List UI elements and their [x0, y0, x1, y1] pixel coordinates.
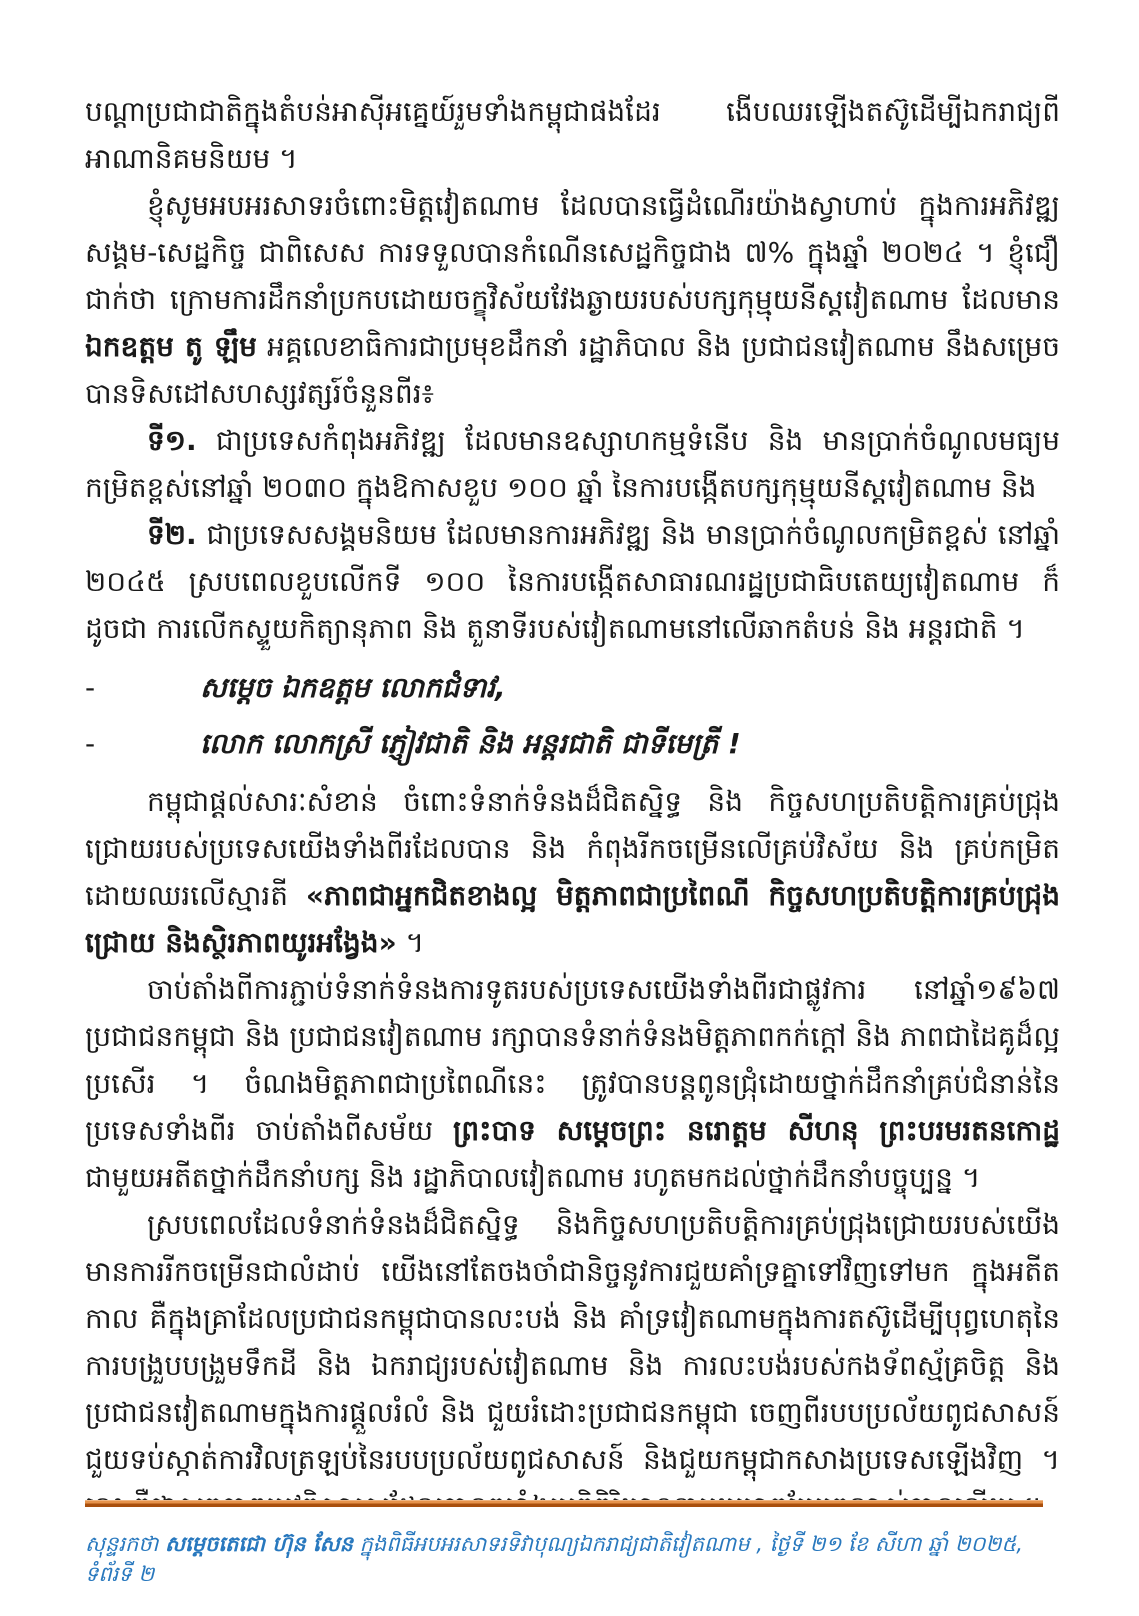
bold-run-to-lam: ឯកឧត្តម តូ ឡឹម: [85, 330, 257, 363]
list-item: - លោក លោកស្រី ភ្ញៀវជាតិ និង អន្តរជាតិ ជា…: [85, 716, 1060, 772]
paragraph-text: បណ្តាប្រជាជាតិក្នុងតំបន់អាស៊ីអគ្នេយ៍រួមទ…: [85, 95, 1060, 175]
list-item: - សម្តេច ឯកឧត្តម លោកជំទាវ,: [85, 660, 1060, 716]
paragraph-text: ។: [397, 926, 424, 959]
paragraph-text: ខ្ញុំសូមអបអរសាទរចំពោះមិត្តវៀតណាម ដែលបានធ…: [85, 189, 1060, 316]
bold-run-goal-1-label: ទី១.: [147, 424, 197, 457]
bullet-dash: -: [85, 660, 200, 716]
paragraph-opening-continuation: បណ្តាប្រជាជាតិក្នុងតំបន់អាស៊ីអគ្នេយ៍រួមទ…: [85, 88, 1060, 182]
paragraph-text: ជាប្រទេសសង្គមនិយម ដែលមានការអភិវឌ្ឍ និង ម…: [85, 518, 1060, 645]
bullet-dash: -: [85, 716, 200, 772]
paragraph-goal-2: ទី២. ជាប្រទេសសង្គមនិយម ដែលមានការអភិវឌ្ឍ …: [85, 511, 1060, 652]
footer-text: សុន្ទរកថា សម្តេចតេជោ ហ៊ុន សែន ក្នុងពិធីអ…: [85, 1529, 1055, 1589]
document-body: បណ្តាប្រជាជាតិក្នុងតំបន់អាស៊ីអគ្នេយ៍រួមទ…: [85, 88, 1060, 1530]
page-footer: សុន្ទរកថា សម្តេចតេជោ ហ៊ុន សែន ក្នុងពិធីអ…: [85, 1500, 1055, 1616]
paragraph-text: ស្របពេលដែលទំនាក់ទំនងដ៏ជិតស្និទ្ធ និងកិច្…: [85, 1208, 1060, 1523]
paragraph-text: ជាប្រទេសកំពុងអភិវឌ្ឍ ដែលមានឧស្សាហកម្មទំន…: [85, 424, 1060, 504]
bullet-text: សម្តេច ឯកឧត្តម លោកជំទាវ,: [200, 660, 506, 716]
paragraph-congratulations: ខ្ញុំសូមអបអរសាទរចំពោះមិត្តវៀតណាម ដែលបានធ…: [85, 182, 1060, 417]
speaker-name: សម្តេចតេជោ ហ៊ុន សែន: [165, 1532, 353, 1556]
bold-run-goal-2-label: ទី២.: [147, 518, 197, 551]
paragraph-diplomatic-history: ចាប់តាំងពីការភ្ជាប់ទំនាក់ទំនងការទូតរបស់ប…: [85, 966, 1060, 1201]
document-page: បណ្តាប្រជាជាតិក្នុងតំបន់អាស៊ីអគ្នេយ៍រួមទ…: [0, 0, 1139, 1616]
bold-run-king-sihanouk: ព្រះបាទ សម្តេចព្រះ នរោត្តម សីហនុ ព្រះបរម…: [453, 1114, 1060, 1147]
paragraph-mutual-support: ស្របពេលដែលទំនាក់ទំនងដ៏ជិតស្និទ្ធ និងកិច្…: [85, 1201, 1060, 1530]
footer-prefix: សុន្ទរកថា: [85, 1532, 165, 1556]
paragraph-text: ជាមួយអតីតថ្នាក់ដឹកនាំបក្ស និង រដ្ឋាភិបាល…: [85, 1161, 980, 1194]
footer-rule: [85, 1500, 1043, 1507]
paragraph-goal-1: ទី១. ជាប្រទេសកំពុងអភិវឌ្ឍ ដែលមានឧស្សាហកម…: [85, 417, 1060, 511]
bullet-text: លោក លោកស្រី ភ្ញៀវជាតិ និង អន្តរជាតិ ជាទី…: [200, 716, 741, 772]
paragraph-cambodia-importance: កម្ពុជាផ្តល់សារៈសំខាន់ ចំពោះទំនាក់ទំនងដ៏…: [85, 778, 1060, 966]
salutation-list: - សម្តេច ឯកឧត្តម លោកជំទាវ, - លោក លោកស្រី…: [85, 660, 1060, 772]
